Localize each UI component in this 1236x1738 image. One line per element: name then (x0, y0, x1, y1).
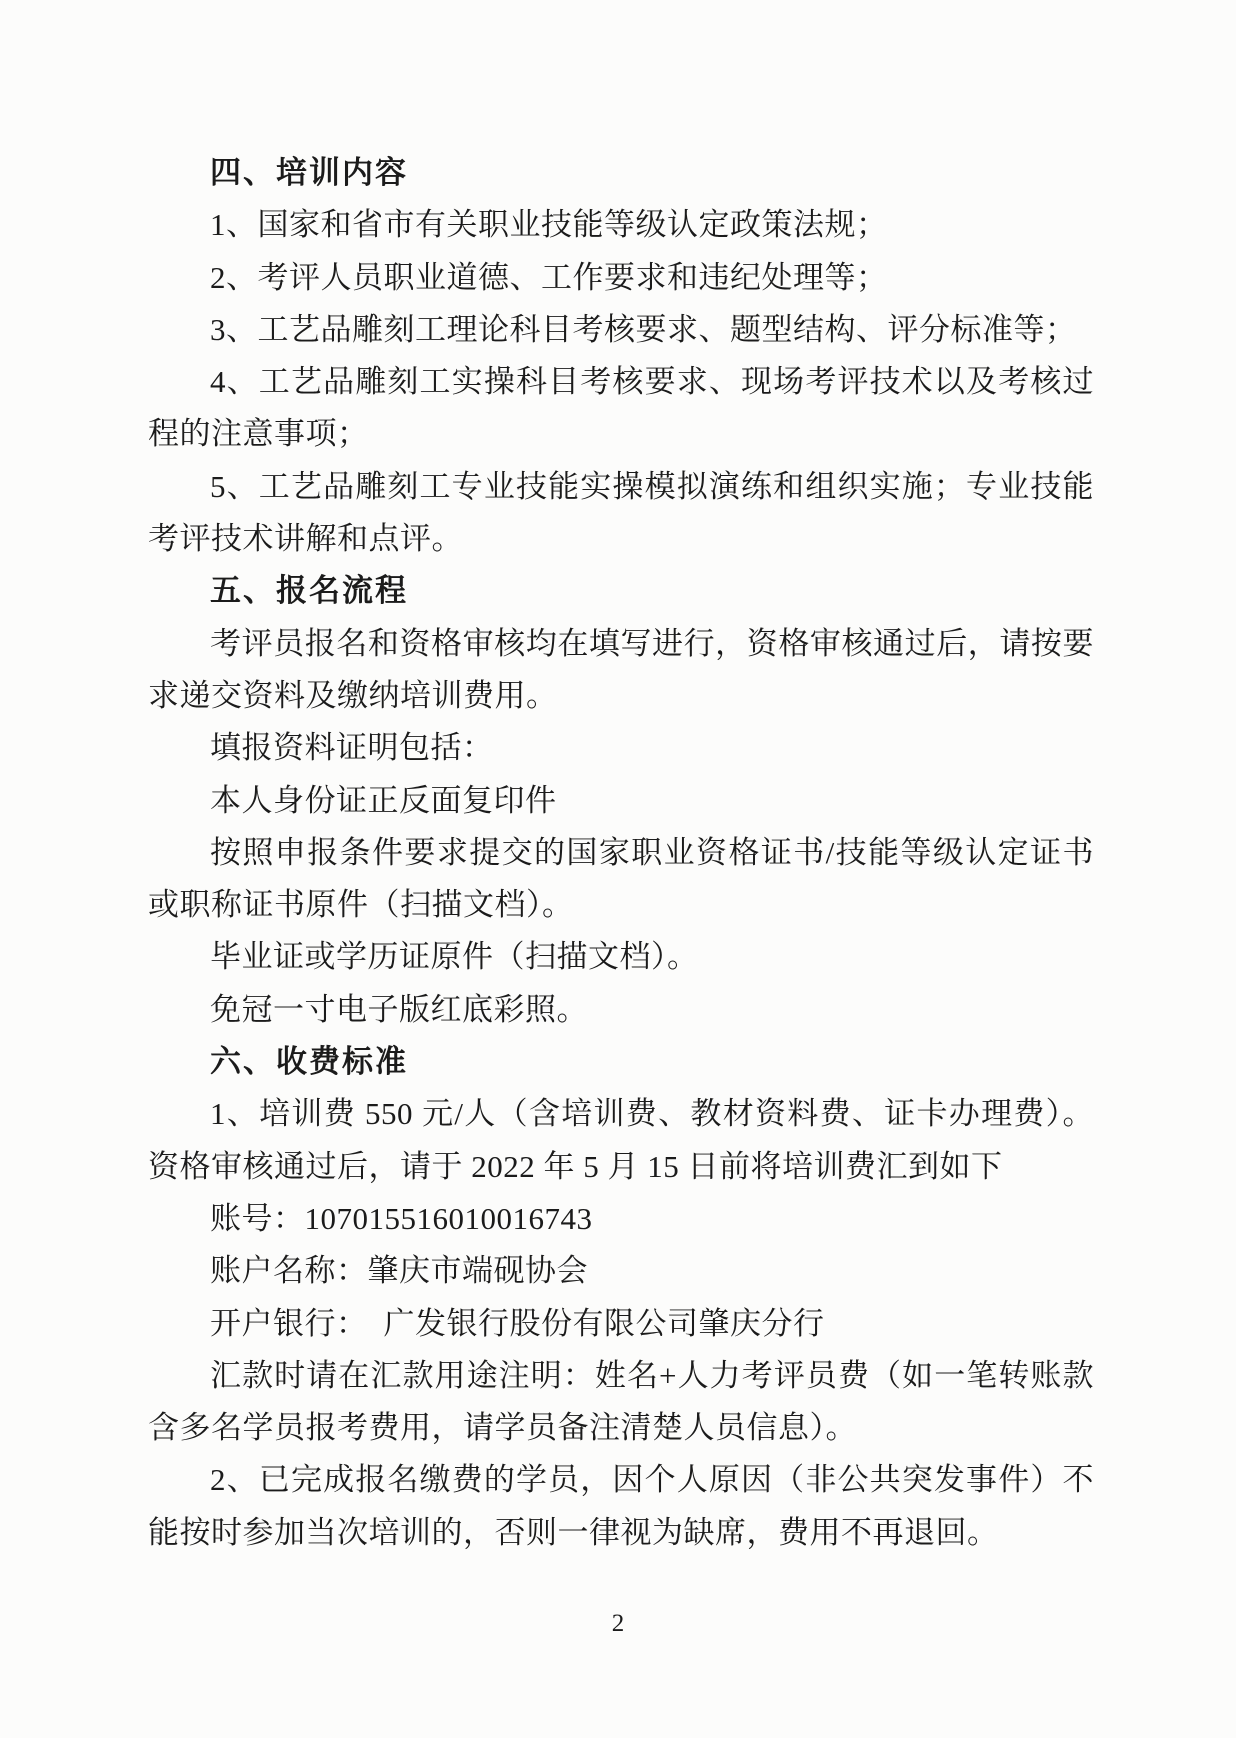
section-heading: 六、收费标准 (148, 1036, 1094, 1088)
text-line: 本人身份证正反面复印件 (148, 775, 1094, 827)
document-page: 四、培训内容1、国家和省市有关职业技能等级认定政策法规；2、考评人员职业道德、工… (0, 0, 1236, 1738)
text-line: 求递交资料及缴纳培训费用。 (148, 670, 1094, 722)
section-heading: 五、报名流程 (148, 565, 1094, 617)
text-line: 能按时参加当次培训的，否则一律视为缺席，费用不再退回。 (148, 1507, 1094, 1559)
text-line: 考评技术讲解和点评。 (148, 513, 1094, 565)
text-line: 毕业证或学历证原件（扫描文档）。 (148, 931, 1094, 983)
text-line: 2、考评人员职业道德、工作要求和违纪处理等； (148, 252, 1094, 304)
text-line: 3、工艺品雕刻工理论科目考核要求、题型结构、评分标准等； (148, 304, 1094, 356)
text-line: 填报资料证明包括： (148, 722, 1094, 774)
text-line: 1、培训费 550 元/人（含培训费、教材资料费、证卡办理费）。 (148, 1088, 1094, 1140)
text-line: 2、已完成报名缴费的学员，因个人原因（非公共突发事件）不 (148, 1454, 1094, 1506)
text-line: 资格审核通过后，请于 2022 年 5 月 15 日前将培训费汇到如下 (148, 1141, 1094, 1193)
text-line: 1、国家和省市有关职业技能等级认定政策法规； (148, 199, 1094, 251)
text-line: 或职称证书原件（扫描文档）。 (148, 879, 1094, 931)
text-line: 账户名称：肇庆市端砚协会 (148, 1245, 1094, 1297)
text-line: 含多名学员报考费用，请学员备注清楚人员信息）。 (148, 1402, 1094, 1454)
text-line: 开户银行： 广发银行股份有限公司肇庆分行 (148, 1298, 1094, 1350)
text-line: 5、工艺品雕刻工专业技能实操模拟演练和组织实施；专业技能 (148, 461, 1094, 513)
text-line: 程的注意事项； (148, 408, 1094, 460)
text-line: 4、工艺品雕刻工实操科目考核要求、现场考评技术以及考核过 (148, 356, 1094, 408)
text-line: 免冠一寸电子版红底彩照。 (148, 984, 1094, 1036)
text-line: 账号：107015516010016743 (148, 1193, 1094, 1245)
text-line: 按照申报条件要求提交的国家职业资格证书/技能等级认定证书 (148, 827, 1094, 879)
section-heading: 四、培训内容 (148, 147, 1094, 199)
text-line: 汇款时请在汇款用途注明：姓名+人力考评员费（如一笔转账款 (148, 1350, 1094, 1402)
text-line: 考评员报名和资格审核均在填写进行，资格审核通过后，请按要 (148, 618, 1094, 670)
page-number: 2 (0, 1610, 1236, 1638)
document-body: 四、培训内容1、国家和省市有关职业技能等级认定政策法规；2、考评人员职业道德、工… (148, 147, 1094, 1559)
